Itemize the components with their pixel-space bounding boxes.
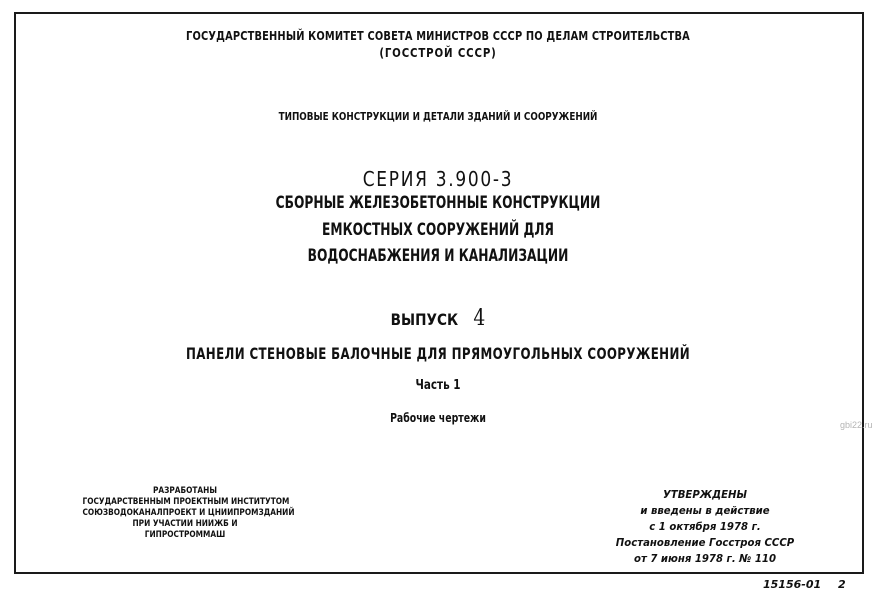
series-title-line: водоснабжения и канализации <box>123 246 754 266</box>
issue-number: 4 <box>473 306 485 331</box>
series-number: Серия 3.900-3 <box>66 167 811 191</box>
document-type: Рабочие чертежи <box>96 411 779 425</box>
issue-heading: Выпуск4 <box>66 306 811 331</box>
part-label: Часть 1 <box>88 378 789 393</box>
category-title: Типовые конструкции и детали зданий и со… <box>88 110 789 123</box>
product-title: Панели стеновые балочные для прямоугольн… <box>114 344 762 363</box>
issue-label: Выпуск <box>391 310 458 329</box>
approval-line: Утверждены <box>599 487 811 503</box>
approval-line: с 1 октября 1978 г. <box>599 519 811 535</box>
developed-by-line: Союзводоканалпроект и ЦНИИпромзданий <box>83 508 288 519</box>
approval-line: от 7 июня 1978 г. № 110 <box>599 551 811 567</box>
approval-line: Постановление Госстроя СССР <box>599 535 811 551</box>
developed-by-line: Гипростроммаш <box>83 530 288 541</box>
developed-by-line: Разработаны <box>83 486 288 497</box>
approval-block: Утверждены и введены в действие с 1 октя… <box>590 487 820 567</box>
watermark: gbi22.ru <box>840 420 873 430</box>
series-title-line: Сборные железобетонные конструкции <box>123 193 754 213</box>
approval-line: и введены в действие <box>599 503 811 519</box>
series-title-line: емкостных сооружений для <box>123 220 754 240</box>
agency-abbreviation: (Госстрой СССР) <box>66 46 811 60</box>
agency-name: Государственный комитет Совета Министров… <box>79 29 797 43</box>
sheet-number: 2 <box>838 578 846 591</box>
developed-by-block: Разработаны Государственным проектным ин… <box>60 486 310 541</box>
developed-by-line: при участии НИИЖБ и <box>83 519 288 530</box>
document-code: 15156-01 <box>763 578 821 591</box>
developed-by-line: Государственным проектным институтом <box>83 497 288 508</box>
